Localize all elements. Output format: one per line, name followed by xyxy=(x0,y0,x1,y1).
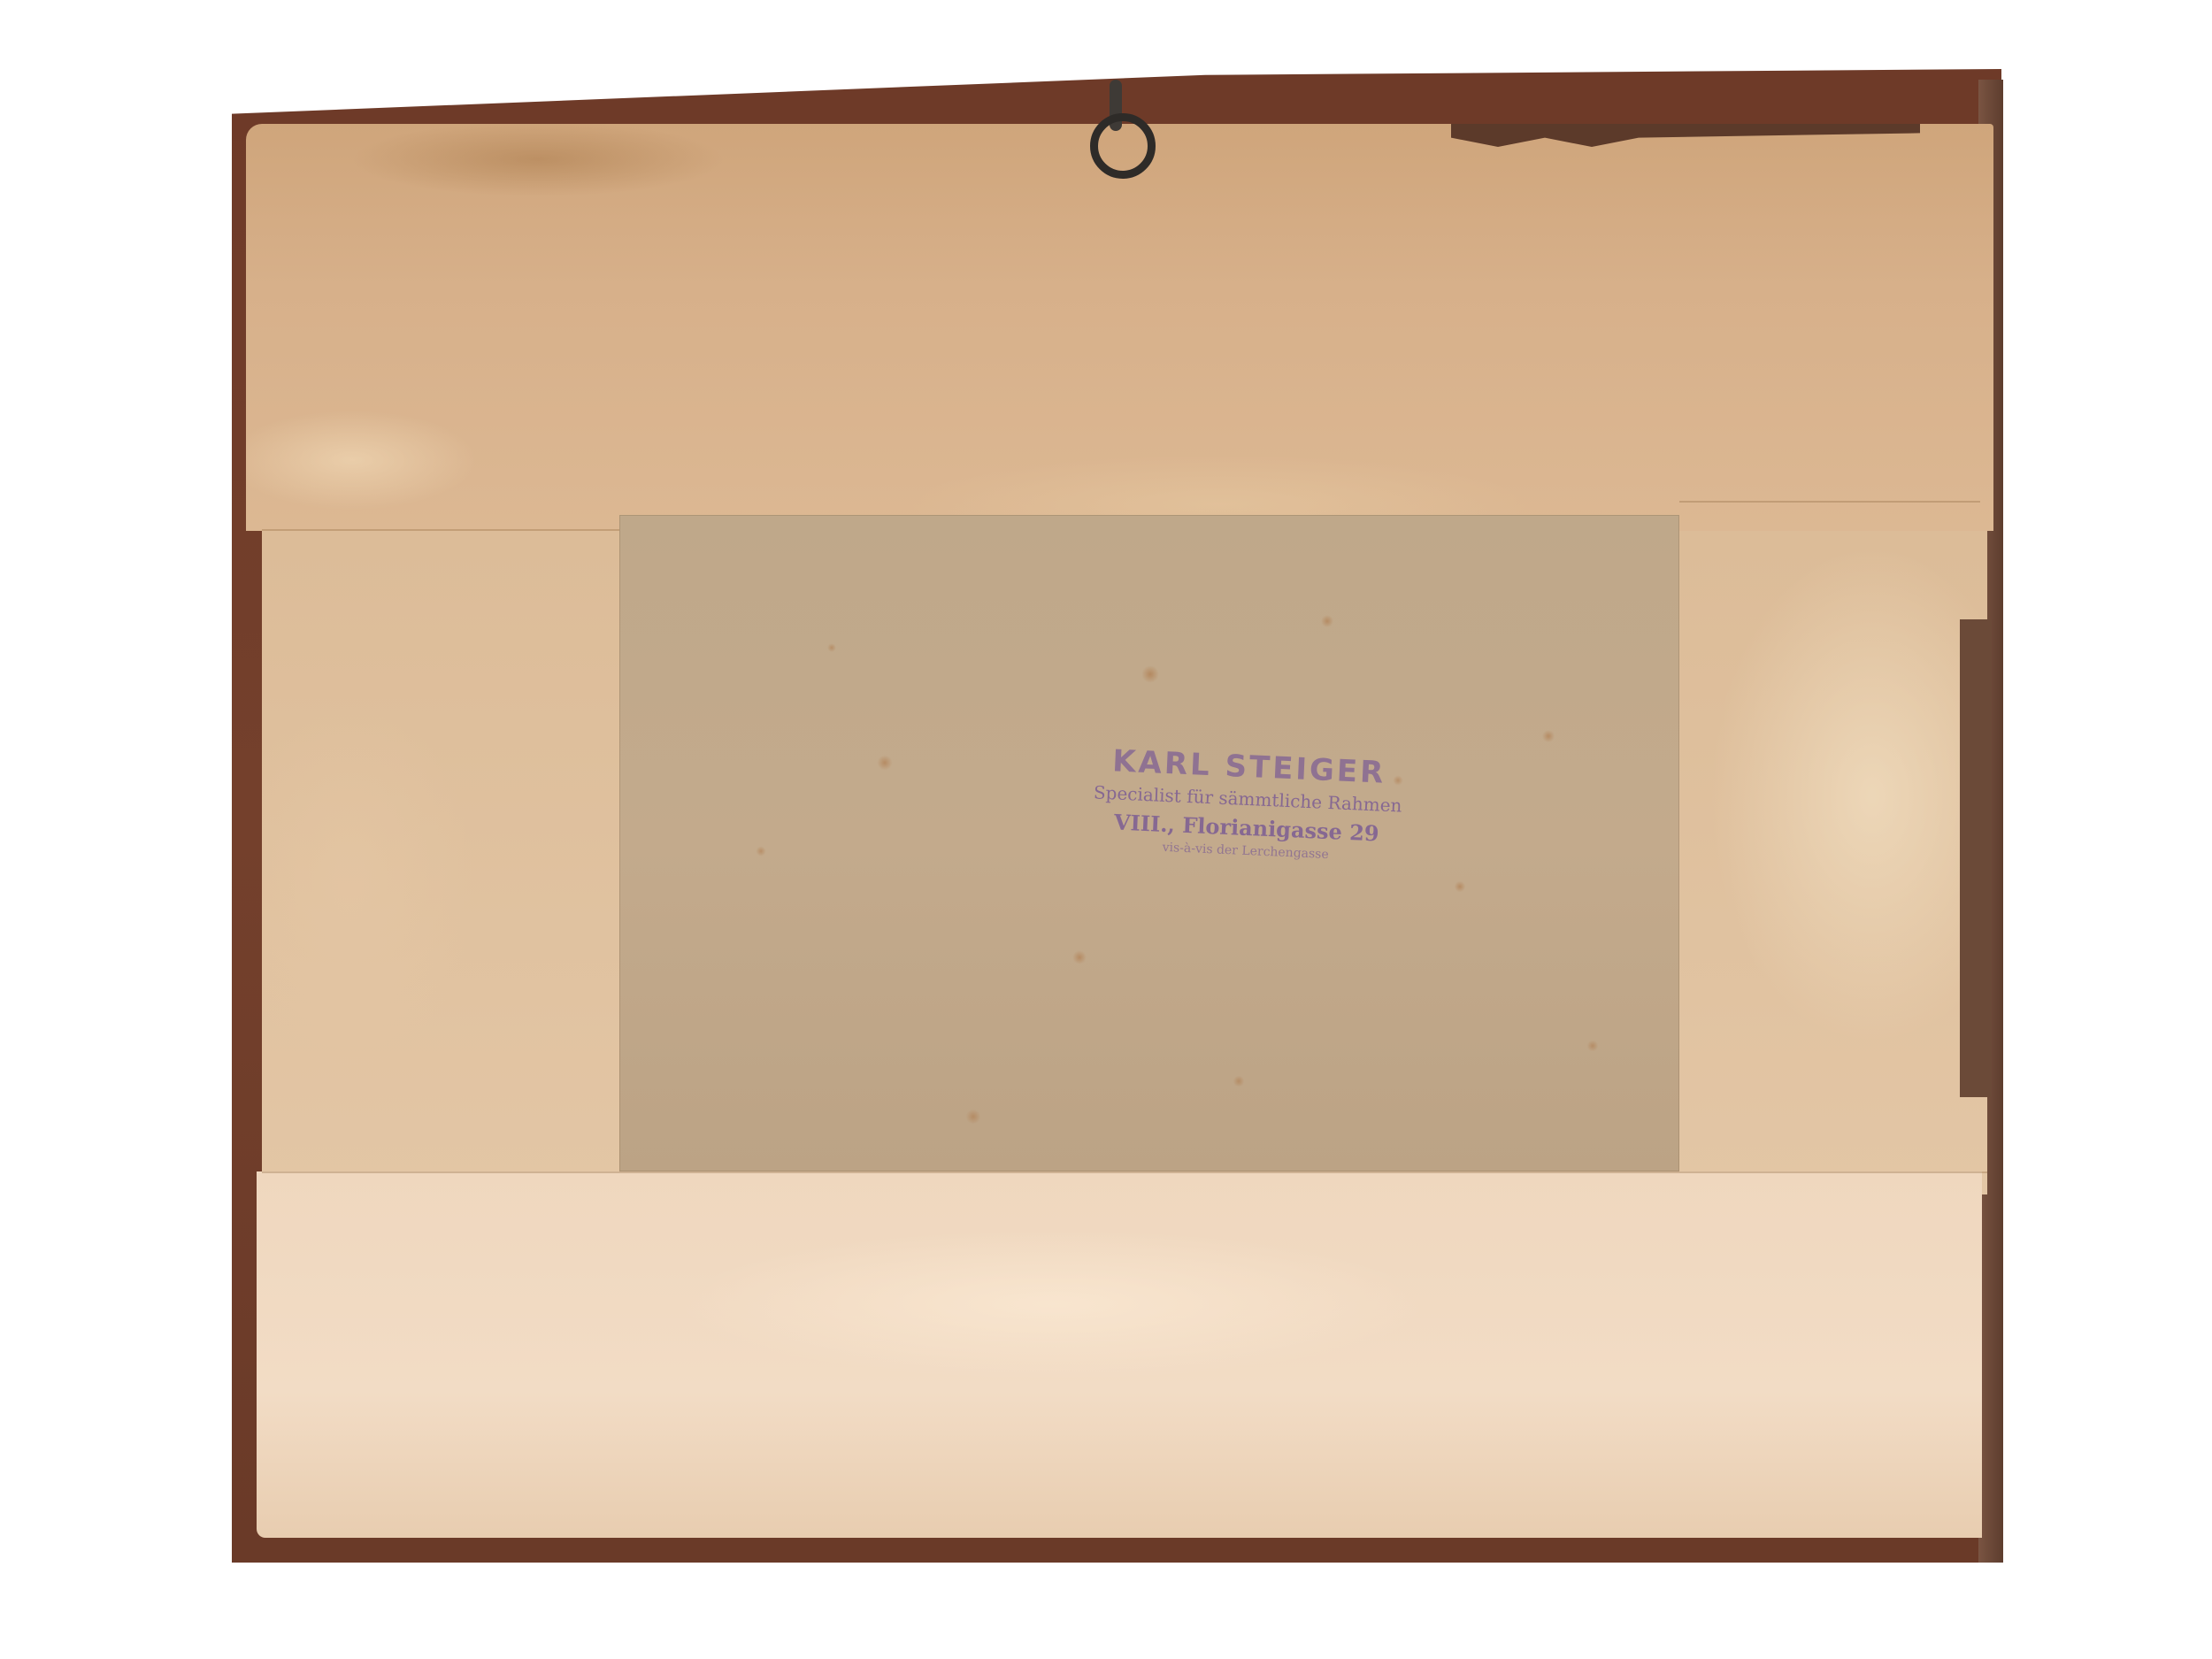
fold-line xyxy=(262,529,619,531)
framer-stamp: KARL STEIGER Specialist für sämmtliche R… xyxy=(1060,741,1436,866)
backing-paper-top xyxy=(246,124,1993,531)
backing-paper-bottom xyxy=(257,1171,1982,1538)
fold-line xyxy=(1679,501,1980,503)
fold-line xyxy=(262,1171,1987,1173)
torn-paper-gap xyxy=(1960,619,1992,1097)
cardboard-backing-panel: KARL STEIGER Specialist für sämmtliche R… xyxy=(619,515,1679,1171)
ring-hanger-icon xyxy=(1090,113,1156,179)
